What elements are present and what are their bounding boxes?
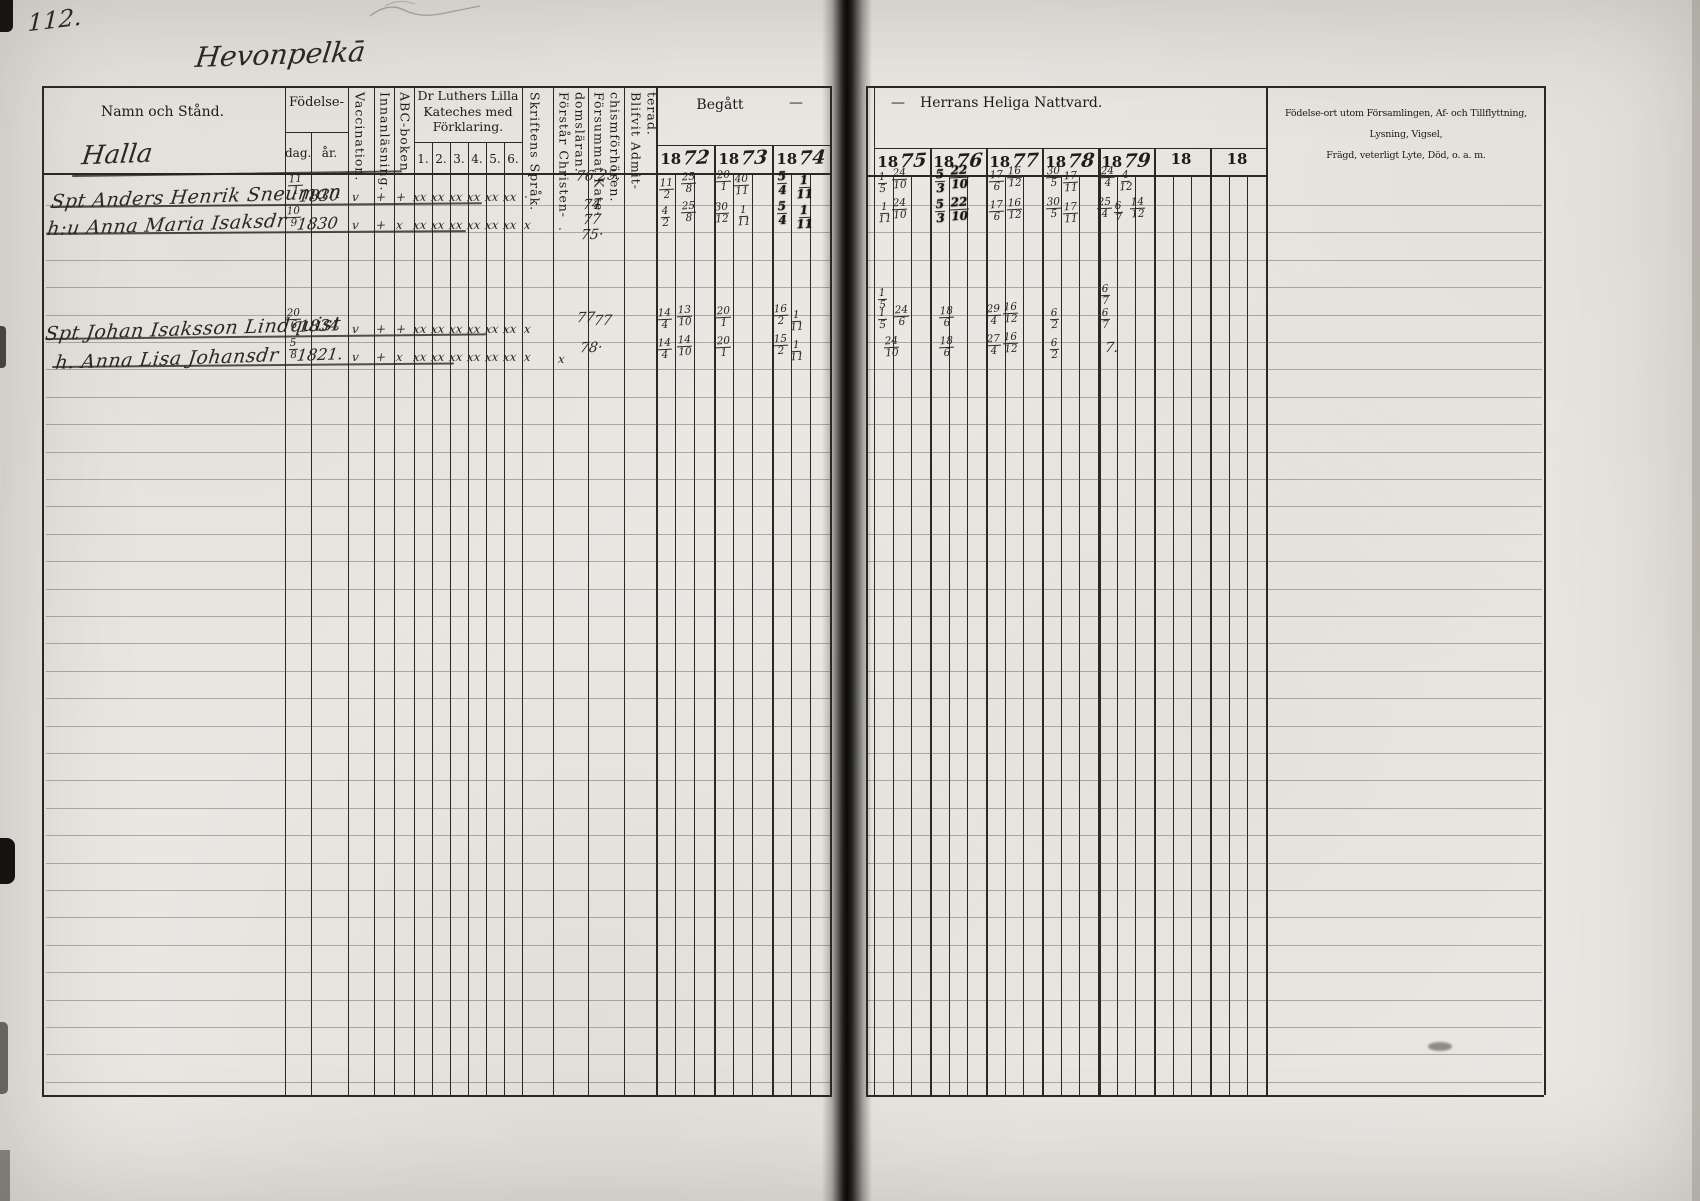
begatt-dash: — — [784, 95, 808, 113]
ink-entry: 111 — [736, 205, 751, 229]
year-handwritten: 79 — [1123, 149, 1152, 172]
col-header-fodelse: Födelse- — [285, 95, 348, 111]
ink-entry: 1830 — [296, 213, 339, 233]
ink-entry: 2210 — [949, 196, 969, 223]
ink-entry: v — [351, 350, 360, 364]
ink-entry: 1612 — [1002, 332, 1019, 356]
ink-entry: x — [523, 350, 532, 364]
parish-title: Hevonpelkā — [194, 35, 368, 74]
year-handwritten: 73 — [740, 146, 769, 169]
ink-entry: xx — [484, 218, 499, 232]
ink-entry: 2410 — [891, 198, 908, 222]
ink-entry: 62 — [1049, 338, 1059, 361]
year-header-1872: 18 72 — [656, 147, 714, 173]
scan-artifact — [1428, 1042, 1452, 1051]
ink-entry: 1612 — [1006, 198, 1023, 222]
ink-entry: 258 — [680, 201, 697, 225]
ink-entry: 1410 — [676, 335, 693, 359]
ink-entry: 111 — [795, 204, 813, 231]
col-header-namn-och-stand: Namn och Stånd. — [55, 104, 270, 122]
year-header-1874: 18 74 — [772, 147, 830, 173]
scan-artifact — [0, 0, 13, 32]
ink-entry: xx — [430, 190, 445, 204]
col-header-vaccination: Vaccination. — [352, 92, 376, 307]
scan-artifact — [0, 838, 15, 884]
year-handwritten: 77 — [1011, 149, 1040, 172]
luther-subcol-4: 4. — [468, 152, 486, 167]
ink-entry: xx — [448, 190, 463, 204]
ink-entry: xx — [412, 322, 427, 336]
year-handwritten: 75 — [899, 149, 928, 172]
year-printed: 18 — [989, 153, 1010, 171]
ink-entry: 152 — [772, 334, 789, 358]
ink-entry: 1834 — [298, 315, 341, 335]
village-name: Halla — [80, 139, 154, 171]
ink-entry: x — [395, 350, 404, 364]
church-record-scan: 112. Hevonpelkā Halla Namn och Stånd. Fö… — [0, 0, 1700, 1201]
ink-entry: xx — [502, 350, 517, 364]
ink-entry: 3012 — [713, 202, 730, 226]
scan-artifact — [0, 326, 6, 368]
year-handwritten: 72 — [682, 146, 711, 169]
handwritten-ink-layer: v++xxxxxxxxxxxx·v+xxxxxxxxxxxxxxv++xxxxx… — [0, 0, 1700, 1201]
ink-entry: 4011 — [733, 174, 750, 198]
col-header-innanlasning: Innanläsning. — [377, 92, 396, 307]
ink-entry: 144 — [656, 308, 673, 332]
ink-entry: xx — [448, 322, 463, 336]
luther-subcol-2: 2. — [432, 152, 450, 167]
ink-entry: 1830 — [298, 185, 341, 205]
year-header-1879: 18 79 — [1098, 150, 1154, 176]
col-group-herrans-heliga-nattvard: Herrans Heliga Nattvard. — [920, 95, 1170, 113]
ink-entry: + — [375, 322, 387, 336]
ink-entry: 1711 — [1062, 202, 1079, 226]
ink-entry: 62 — [1049, 308, 1059, 331]
luther-subcol-3: 3. — [450, 152, 468, 167]
col-header-forstar-christendomslaran: Förstår Christen-domsläran. — [556, 92, 588, 244]
ink-entry: 54 — [776, 200, 788, 227]
ink-entry: 111 — [877, 202, 892, 226]
ink-entry: 54 — [776, 170, 788, 197]
ink-entry: 78· — [579, 340, 603, 357]
ink-entry: 144 — [656, 338, 673, 362]
ink-entry: 2410 — [883, 336, 900, 360]
ink-entry: 77 — [593, 313, 613, 330]
ink-entry: 1821. — [296, 344, 344, 365]
col-header-luthers-katekes: Dr Luthers Lilla Kateches med Förklaring… — [414, 88, 522, 135]
nattvard-dash: — — [886, 95, 910, 113]
ink-entry: 111 — [795, 174, 813, 201]
ink-entry: xx — [466, 190, 481, 204]
ink-entry: 186 — [938, 306, 955, 330]
year-printed: 18 — [1227, 150, 1248, 168]
col-header-forsummat-katechismforhoren: Försummat Kate-chismförhören. — [591, 92, 624, 244]
ink-entry: 162 — [772, 304, 789, 328]
ink-entry: 42 — [660, 206, 670, 229]
ink-entry: xx — [448, 350, 463, 364]
ink-entry: x — [523, 322, 532, 336]
ink-entry: xx — [466, 322, 481, 336]
year-printed: 18 — [718, 150, 739, 168]
ink-entry: 1612 — [1002, 302, 1019, 326]
ink-entry: xx — [502, 218, 517, 232]
ink-entry: 67 — [1100, 284, 1110, 307]
ink-entry: h. Anna Lisa Johansdr — [54, 344, 280, 374]
year-header-1878: 18 78 — [1042, 150, 1098, 176]
col-header-skriftens-sprak: Skriftens Språk. — [527, 92, 551, 307]
ink-entry: h:u Anna Maria Isaksdr — [46, 210, 288, 240]
ink-entry: xx — [502, 322, 517, 336]
ink-entry: 7. — [1104, 340, 1119, 356]
ink-entry: xx — [448, 218, 463, 232]
year-header-1875: 18 75 — [874, 150, 930, 176]
ink-entry: xx — [484, 322, 499, 336]
ink-entry: + — [375, 350, 387, 364]
col-header-blifvit-admitterad: Blifvit Admit-terad. — [628, 92, 657, 214]
ink-entry: x — [557, 352, 566, 366]
ink-entry: 1412 — [1129, 197, 1146, 221]
ink-entry: v — [351, 322, 360, 336]
year-printed: 18 — [933, 153, 954, 171]
ink-entry: 258 — [680, 172, 697, 196]
ink-entry: xx — [430, 218, 445, 232]
year-header-1873: 18 73 — [714, 147, 772, 173]
ink-entry: xx — [466, 218, 481, 232]
col-header-notes: Födelse-ort utom Församlingen, Af- och T… — [1268, 104, 1544, 167]
ink-entry: 15 — [877, 308, 887, 331]
ink-entry: 67 — [1100, 308, 1110, 331]
ink-entry: + — [395, 322, 407, 336]
col-group-begatt: Begått — [660, 97, 780, 115]
year-header-1877: 18 77 — [986, 150, 1042, 176]
ink-entry: 305 — [1045, 197, 1062, 221]
ink-entry: 201 — [715, 306, 732, 330]
luther-subcol-5: 5. — [486, 152, 504, 167]
luther-subcol-1: 1. — [414, 152, 432, 167]
ink-entry: 246 — [893, 305, 910, 329]
ink-entry: 186 — [938, 336, 955, 360]
year-printed: 18 — [877, 153, 898, 171]
ink-entry: 201 — [715, 336, 732, 360]
ink-entry: xx — [502, 190, 517, 204]
ink-entry: 274 — [985, 334, 1002, 358]
ink-entry: 111 — [789, 310, 804, 334]
year-printed: 18 — [1101, 153, 1122, 171]
ink-entry: 254 — [1096, 197, 1113, 221]
notes-line-2: Frägd, veterligt Lyte, Död, o. a. m. — [1268, 146, 1544, 167]
ink-entry: 67 — [1113, 201, 1123, 224]
ink-entry: 176 — [988, 200, 1005, 224]
year-printed: 18 — [660, 150, 681, 168]
ink-entry: 294 — [985, 304, 1002, 328]
ink-entry: xx — [466, 350, 481, 364]
year-printed: 18 — [1171, 150, 1192, 168]
ink-entry: 111 — [789, 340, 804, 364]
notes-line-1: Födelse-ort utom Församlingen, Af- och T… — [1268, 104, 1544, 146]
ink-entry: 112 — [658, 178, 675, 202]
ink-entry: 1310 — [676, 305, 693, 329]
scan-artifact — [1692, 0, 1700, 1201]
luther-subcol-6: 6. — [504, 152, 522, 167]
year-header-18-blank-2: 18 — [1210, 150, 1266, 176]
year-header-1876: 18 76 — [930, 150, 986, 176]
year-handwritten: 78 — [1067, 149, 1096, 172]
ink-entry: xx — [412, 350, 427, 364]
ink-entry: xx — [484, 350, 499, 364]
col-header-ar: år. — [311, 146, 348, 161]
year-handwritten: 76 — [955, 149, 984, 172]
year-header-18-blank-1: 18 — [1154, 150, 1210, 176]
scan-artifact — [0, 1022, 8, 1094]
ink-entry: xx — [430, 350, 445, 364]
year-handwritten: 74 — [798, 146, 827, 169]
ink-entry: xx — [430, 322, 445, 336]
ink-entry: 53 — [934, 198, 946, 225]
scan-artifact — [0, 1150, 10, 1201]
year-printed: 18 — [776, 150, 797, 168]
year-printed: 18 — [1045, 153, 1066, 171]
col-header-dag: dag. — [285, 146, 311, 161]
ink-entry: 201 — [715, 170, 732, 194]
ink-entry: xx — [484, 190, 499, 204]
